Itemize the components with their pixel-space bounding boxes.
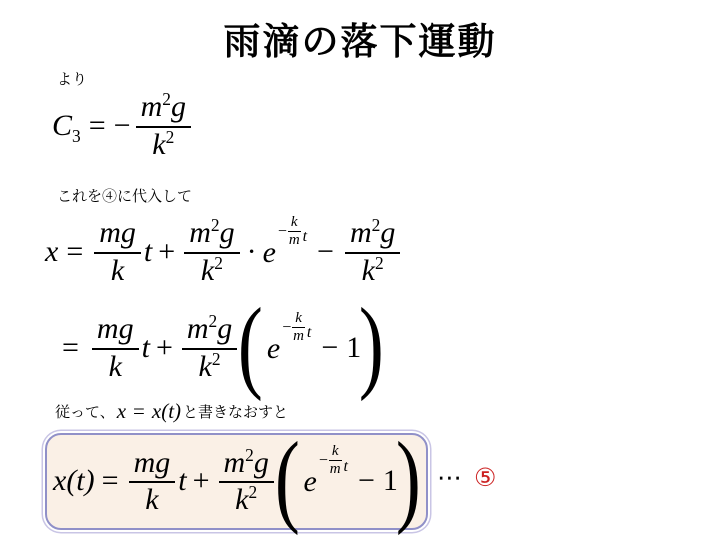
slide: 雨滴の落下運動 より C3 = − m2g k2 これを④に代入して x = m…	[0, 0, 720, 540]
var-g: g	[119, 312, 134, 345]
fraction-k-m: k m	[329, 444, 342, 477]
var-c: C	[52, 109, 72, 142]
var-xt: x(t)	[152, 399, 181, 424]
var-k: k	[362, 254, 375, 287]
label-substitute: これを④に代入して	[57, 185, 192, 206]
exponential-term: e − k m t	[267, 311, 311, 365]
denominator-k: k	[109, 350, 122, 383]
left-paren: (	[275, 427, 300, 531]
numerator-m2g: m2g	[345, 217, 400, 253]
var-c3: C3	[52, 110, 81, 142]
superscript-2: 2	[375, 253, 384, 273]
minus-sign: −	[321, 332, 338, 364]
label-yori: より	[57, 68, 87, 89]
numerator-m2g: m2g	[136, 91, 191, 127]
var-m: m	[134, 446, 156, 479]
var-g: g	[155, 446, 170, 479]
rewrite-suffix: と書きなおすと	[183, 401, 288, 422]
exponent: − k m t	[278, 215, 307, 248]
numerator-m2g: m2g	[219, 447, 274, 483]
fraction-m2g-k2: m2g k2	[182, 313, 237, 383]
minus-sign: −	[317, 236, 334, 268]
denominator-m: m	[293, 328, 304, 344]
denominator-k2: k2	[235, 483, 257, 516]
var-g: g	[380, 216, 395, 249]
fraction-mg-k: mg k	[129, 447, 176, 517]
fraction-k-m: k m	[292, 311, 305, 344]
var-g: g	[220, 216, 235, 249]
var-k: k	[201, 254, 214, 287]
superscript-2: 2	[212, 349, 221, 369]
minus-sign: −	[278, 223, 287, 240]
superscript-2: 2	[214, 253, 223, 273]
var-t: t	[303, 228, 307, 245]
plus-sign: +	[156, 332, 173, 364]
var-t: t	[178, 465, 186, 497]
fraction-m2g-k2: m2g k2	[184, 217, 239, 287]
denominator-k2: k2	[152, 128, 174, 161]
var-xt: x(t)	[53, 465, 95, 497]
var-e: e	[267, 333, 280, 365]
rewrite-prefix: 従って、	[55, 401, 115, 422]
var-g: g	[254, 446, 269, 479]
denominator-k: k	[145, 483, 158, 516]
equals-sign: =	[89, 110, 106, 142]
left-paren: (	[238, 293, 263, 397]
exponent: − k m t	[282, 311, 311, 344]
equals-sign: =	[62, 332, 79, 364]
minus-sign: −	[358, 465, 375, 497]
exponential-term: e − k m t	[304, 444, 348, 498]
var-m: m	[187, 312, 209, 345]
var-t: t	[144, 236, 152, 268]
fraction-m2g-k2: m2g k2	[136, 91, 191, 161]
var-t: t	[344, 458, 348, 475]
minus-sign: −	[114, 110, 131, 142]
var-e: e	[263, 237, 276, 269]
equation-x-factored: = mg k t + m2g k2 ( e − k m t − 1 )	[62, 296, 382, 400]
var-k: k	[235, 483, 248, 516]
superscript-2: 2	[245, 445, 254, 465]
var-x: x	[45, 236, 58, 268]
right-paren: )	[359, 293, 384, 397]
var-g: g	[171, 90, 186, 123]
denominator-k: k	[111, 254, 124, 287]
var-m: m	[189, 216, 211, 249]
var-m: m	[141, 90, 163, 123]
exponential-term: e − k m t	[263, 215, 307, 269]
superscript-2: 2	[211, 215, 220, 235]
numerator-k: k	[288, 215, 301, 232]
fraction-mg-k: mg k	[94, 217, 141, 287]
var-m: m	[224, 446, 246, 479]
minus-sign: −	[319, 452, 328, 469]
var-g: g	[217, 312, 232, 345]
fraction-mg-k: mg k	[92, 313, 139, 383]
denominator-m: m	[289, 232, 300, 248]
plus-sign: +	[193, 465, 210, 497]
var-t: t	[307, 324, 311, 341]
right-paren: )	[396, 427, 421, 531]
numerator-mg: mg	[94, 217, 141, 253]
fraction-m2g-k2: m2g k2	[345, 217, 400, 287]
numerator-k: k	[329, 444, 342, 461]
equals-sign: =	[133, 399, 145, 424]
numerator-mg: mg	[92, 313, 139, 349]
equation-tag: ⋯ ⑤	[437, 461, 496, 493]
numerator-m2g: m2g	[184, 217, 239, 253]
fraction-m2g-k2: m2g k2	[219, 447, 274, 517]
equals-sign: =	[66, 236, 83, 268]
fraction-k-m: k m	[288, 215, 301, 248]
denominator-m: m	[330, 461, 341, 477]
result-box: x(t) = mg k t + m2g k2 ( e − k m	[45, 433, 428, 530]
equation-c3: C3 = − m2g k2	[52, 90, 194, 162]
equation-result: x(t) = mg k t + m2g k2 ( e − k m	[53, 430, 419, 534]
multiplication-dot: ·	[247, 236, 257, 268]
equation-x-expanded: x = mg k t + m2g k2 · e − k m t − m2g	[45, 214, 403, 290]
superscript-2: 2	[249, 482, 258, 502]
var-m: m	[350, 216, 372, 249]
plus-sign: +	[158, 236, 175, 268]
var-k: k	[199, 350, 212, 383]
exponent: − k m t	[319, 444, 348, 477]
equation-number-5: ⑤	[474, 463, 496, 492]
var-x: x	[117, 399, 126, 424]
var-m: m	[99, 216, 121, 249]
denominator-k2: k2	[199, 350, 221, 383]
var-g: g	[121, 216, 136, 249]
minus-sign: −	[282, 319, 291, 336]
subscript-3: 3	[72, 126, 81, 146]
numerator-k: k	[292, 311, 305, 328]
numerator-mg: mg	[129, 447, 176, 483]
superscript-2: 2	[166, 127, 175, 147]
denominator-k2: k2	[362, 254, 384, 287]
equals-sign: =	[102, 465, 119, 497]
numerator-m2g: m2g	[182, 313, 237, 349]
var-k: k	[152, 128, 165, 161]
var-t: t	[142, 332, 150, 364]
ellipsis: ⋯	[437, 463, 462, 492]
superscript-2: 2	[209, 311, 218, 331]
slide-title: 雨滴の落下運動	[0, 11, 720, 65]
superscript-2: 2	[162, 89, 171, 109]
var-m: m	[97, 312, 119, 345]
rewrite-line: 従って、 x = x(t) と書きなおすと	[55, 399, 288, 424]
var-e: e	[304, 466, 317, 498]
denominator-k2: k2	[201, 254, 223, 287]
